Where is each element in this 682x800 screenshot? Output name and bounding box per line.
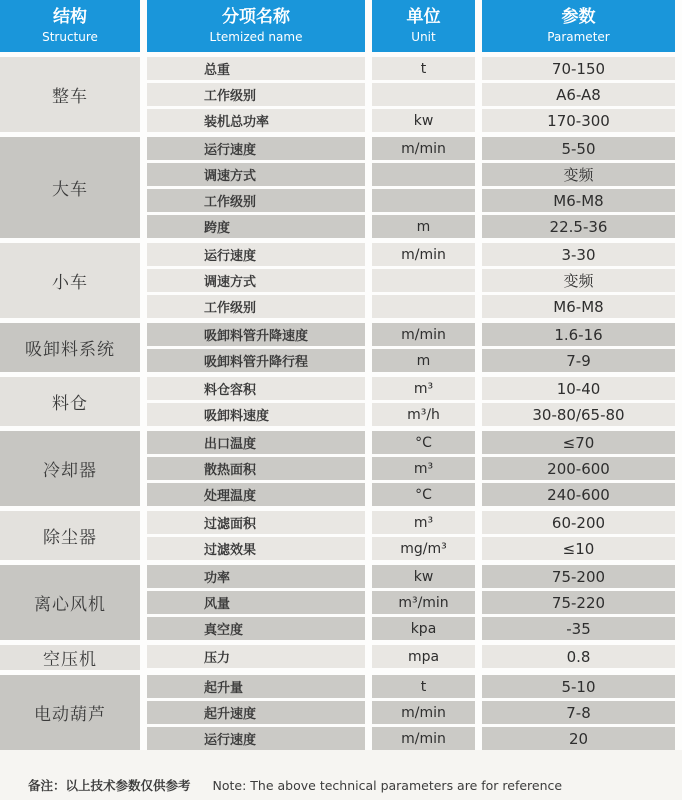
parameter-cell: ≤10 (482, 537, 675, 560)
unit-cell: m/min (372, 727, 475, 750)
table-row: 装机总功率kw170-300 (147, 109, 682, 132)
parameter-cell: 变频 (482, 269, 675, 292)
item-name-cell: 装机总功率 (147, 109, 365, 132)
table-row: 吸卸料管升降行程m7-9 (147, 349, 682, 372)
unit-cell (372, 83, 475, 106)
unit-cell: m (372, 349, 475, 372)
item-name-cell: 吸卸料速度 (147, 403, 365, 426)
item-name-cell: 总重 (147, 57, 365, 80)
group-rows: 过滤面积m³60-200过滤效果mg/m³≤10 (147, 511, 682, 560)
table-row: 压力mpa0.8 (147, 645, 682, 668)
parameter-cell: A6-A8 (482, 83, 675, 106)
table-row: 起升速度m/min7-8 (147, 701, 682, 724)
structure-group: 除尘器过滤面积m³60-200过滤效果mg/m³≤10 (0, 511, 682, 560)
unit-cell: m/min (372, 701, 475, 724)
group-rows: 总重t70-150工作级别A6-A8装机总功率kw170-300 (147, 57, 682, 132)
item-name-cell: 真空度 (147, 617, 365, 640)
structure-cell: 料仓 (0, 377, 140, 426)
unit-cell: kw (372, 109, 475, 132)
parameter-cell: 30-80/65-80 (482, 403, 675, 426)
unit-cell: mpa (372, 645, 475, 668)
unit-cell: °C (372, 431, 475, 454)
item-name-cell: 运行速度 (147, 243, 365, 266)
group-rows: 起升量t5-10起升速度m/min7-8运行速度m/min20 (147, 675, 682, 750)
unit-cell: kpa (372, 617, 475, 640)
parameter-cell: 60-200 (482, 511, 675, 534)
unit-cell: t (372, 675, 475, 698)
spec-table: 结构 Structure 分项名称 Ltemized name 单位 Unit … (0, 0, 682, 750)
item-name-cell: 起升速度 (147, 701, 365, 724)
group-rows: 吸卸料管升降速度m/min1.6-16吸卸料管升降行程m7-9 (147, 323, 682, 372)
item-name-cell: 起升量 (147, 675, 365, 698)
group-rows: 运行速度m/min3-30调速方式变频工作级别M6-M8 (147, 243, 682, 318)
item-name-cell: 工作级别 (147, 189, 365, 212)
item-name-cell: 处理温度 (147, 483, 365, 506)
table-row: 吸卸料管升降速度m/min1.6-16 (147, 323, 682, 346)
item-name-cell: 风量 (147, 591, 365, 614)
structure-group: 电动葫芦起升量t5-10起升速度m/min7-8运行速度m/min20 (0, 675, 682, 750)
structure-cell: 空压机 (0, 645, 140, 670)
table-row: 过滤面积m³60-200 (147, 511, 682, 534)
structure-cell: 冷却器 (0, 431, 140, 506)
structure-group: 料仓料仓容积m³10-40吸卸料速度m³/h30-80/65-80 (0, 377, 682, 426)
item-name-cell: 料仓容积 (147, 377, 365, 400)
footer-note-zh: 备注：以上技术参数仅供参考 (28, 776, 191, 794)
parameter-cell: 240-600 (482, 483, 675, 506)
unit-cell: m³ (372, 457, 475, 480)
table-row: 运行速度m/min3-30 (147, 243, 682, 266)
unit-cell (372, 163, 475, 186)
table-row: 真空度kpa-35 (147, 617, 682, 640)
table-row: 起升量t5-10 (147, 675, 682, 698)
parameter-cell: 1.6-16 (482, 323, 675, 346)
item-name-cell: 吸卸料管升降速度 (147, 323, 365, 346)
group-rows: 料仓容积m³10-40吸卸料速度m³/h30-80/65-80 (147, 377, 682, 426)
item-name-cell: 散热面积 (147, 457, 365, 480)
parameter-cell: 5-50 (482, 137, 675, 160)
table-row: 跨度m22.5-36 (147, 215, 682, 238)
item-name-cell: 调速方式 (147, 163, 365, 186)
table-row: 风量m³/min75-220 (147, 591, 682, 614)
parameter-cell: 22.5-36 (482, 215, 675, 238)
unit-cell (372, 295, 475, 318)
item-name-cell: 运行速度 (147, 137, 365, 160)
table-row: 过滤效果mg/m³≤10 (147, 537, 682, 560)
structure-group: 小车运行速度m/min3-30调速方式变频工作级别M6-M8 (0, 243, 682, 318)
item-name-cell: 压力 (147, 645, 365, 668)
group-rows: 压力mpa0.8 (147, 645, 682, 670)
unit-cell: m/min (372, 137, 475, 160)
parameter-cell: ≤70 (482, 431, 675, 454)
header-itemized-name-en: Ltemized name (210, 30, 303, 45)
header-cell-unit: 单位 Unit (372, 0, 475, 52)
item-name-cell: 工作级别 (147, 295, 365, 318)
table-row: 处理温度°C240-600 (147, 483, 682, 506)
item-name-cell: 出口温度 (147, 431, 365, 454)
structure-cell: 电动葫芦 (0, 675, 140, 750)
item-name-cell: 功率 (147, 565, 365, 588)
header-parameter-zh: 参数 (562, 7, 596, 28)
header-structure-zh: 结构 (53, 7, 87, 28)
unit-cell: m³/min (372, 591, 475, 614)
table-row: 散热面积m³200-600 (147, 457, 682, 480)
parameter-cell: 3-30 (482, 243, 675, 266)
unit-cell (372, 189, 475, 212)
structure-group: 整车总重t70-150工作级别A6-A8装机总功率kw170-300 (0, 57, 682, 132)
structure-cell: 离心风机 (0, 565, 140, 640)
structure-group: 空压机压力mpa0.8 (0, 645, 682, 670)
parameter-cell: 7-8 (482, 701, 675, 724)
unit-cell: m (372, 215, 475, 238)
parameter-cell: 7-9 (482, 349, 675, 372)
unit-cell: t (372, 57, 475, 80)
unit-cell: m³/h (372, 403, 475, 426)
header-parameter-en: Parameter (547, 30, 609, 45)
item-name-cell: 吸卸料管升降行程 (147, 349, 365, 372)
structure-group: 离心风机功率kw75-200风量m³/min75-220真空度kpa-35 (0, 565, 682, 640)
table-header-row: 结构 Structure 分项名称 Ltemized name 单位 Unit … (0, 0, 682, 52)
parameter-cell: M6-M8 (482, 189, 675, 212)
structure-cell: 小车 (0, 243, 140, 318)
table-row: 工作级别A6-A8 (147, 83, 682, 106)
unit-cell: °C (372, 483, 475, 506)
table-row: 吸卸料速度m³/h30-80/65-80 (147, 403, 682, 426)
parameter-cell: 70-150 (482, 57, 675, 80)
table-row: 总重t70-150 (147, 57, 682, 80)
table-row: 运行速度m/min20 (147, 727, 682, 750)
unit-cell: m³ (372, 511, 475, 534)
parameter-cell: 75-220 (482, 591, 675, 614)
structure-cell: 整车 (0, 57, 140, 132)
header-unit-en: Unit (411, 30, 435, 45)
header-cell-structure: 结构 Structure (0, 0, 140, 52)
header-unit-zh: 单位 (407, 7, 441, 28)
table-row: 功率kw75-200 (147, 565, 682, 588)
group-rows: 出口温度°C≤70散热面积m³200-600处理温度°C240-600 (147, 431, 682, 506)
footer-note: 备注：以上技术参数仅供参考 Note: The above technical … (0, 750, 682, 794)
structure-cell: 除尘器 (0, 511, 140, 560)
unit-cell: m/min (372, 323, 475, 346)
table-row: 料仓容积m³10-40 (147, 377, 682, 400)
parameter-cell: M6-M8 (482, 295, 675, 318)
technical-parameters-page: 结构 Structure 分项名称 Ltemized name 单位 Unit … (0, 0, 682, 800)
item-name-cell: 运行速度 (147, 727, 365, 750)
group-rows: 功率kw75-200风量m³/min75-220真空度kpa-35 (147, 565, 682, 640)
table-row: 调速方式变频 (147, 269, 682, 292)
structure-cell: 吸卸料系统 (0, 323, 140, 372)
structure-cell: 大车 (0, 137, 140, 238)
unit-cell: mg/m³ (372, 537, 475, 560)
group-rows: 运行速度m/min5-50调速方式变频工作级别M6-M8跨度m22.5-36 (147, 137, 682, 238)
header-cell-parameter: 参数 Parameter (482, 0, 675, 52)
structure-group: 大车运行速度m/min5-50调速方式变频工作级别M6-M8跨度m22.5-36 (0, 137, 682, 238)
structure-group: 冷却器出口温度°C≤70散热面积m³200-600处理温度°C240-600 (0, 431, 682, 506)
table-row: 工作级别M6-M8 (147, 295, 682, 318)
parameter-cell: 10-40 (482, 377, 675, 400)
unit-cell: m/min (372, 243, 475, 266)
parameter-cell: 200-600 (482, 457, 675, 480)
header-cell-itemized-name: 分项名称 Ltemized name (147, 0, 365, 52)
header-structure-en: Structure (42, 30, 98, 45)
item-name-cell: 调速方式 (147, 269, 365, 292)
structure-group: 吸卸料系统吸卸料管升降速度m/min1.6-16吸卸料管升降行程m7-9 (0, 323, 682, 372)
unit-cell: m³ (372, 377, 475, 400)
table-row: 出口温度°C≤70 (147, 431, 682, 454)
parameter-cell: 0.8 (482, 645, 675, 668)
parameter-cell: -35 (482, 617, 675, 640)
table-row: 调速方式变频 (147, 163, 682, 186)
table-body: 整车总重t70-150工作级别A6-A8装机总功率kw170-300大车运行速度… (0, 57, 682, 750)
parameter-cell: 20 (482, 727, 675, 750)
item-name-cell: 过滤效果 (147, 537, 365, 560)
item-name-cell: 过滤面积 (147, 511, 365, 534)
item-name-cell: 跨度 (147, 215, 365, 238)
table-row: 运行速度m/min5-50 (147, 137, 682, 160)
unit-cell: kw (372, 565, 475, 588)
footer-note-en: Note: The above technical parameters are… (213, 778, 563, 793)
parameter-cell: 变频 (482, 163, 675, 186)
item-name-cell: 工作级别 (147, 83, 365, 106)
table-row: 工作级别M6-M8 (147, 189, 682, 212)
parameter-cell: 5-10 (482, 675, 675, 698)
unit-cell (372, 269, 475, 292)
parameter-cell: 170-300 (482, 109, 675, 132)
parameter-cell: 75-200 (482, 565, 675, 588)
header-itemized-name-zh: 分项名称 (222, 7, 290, 28)
